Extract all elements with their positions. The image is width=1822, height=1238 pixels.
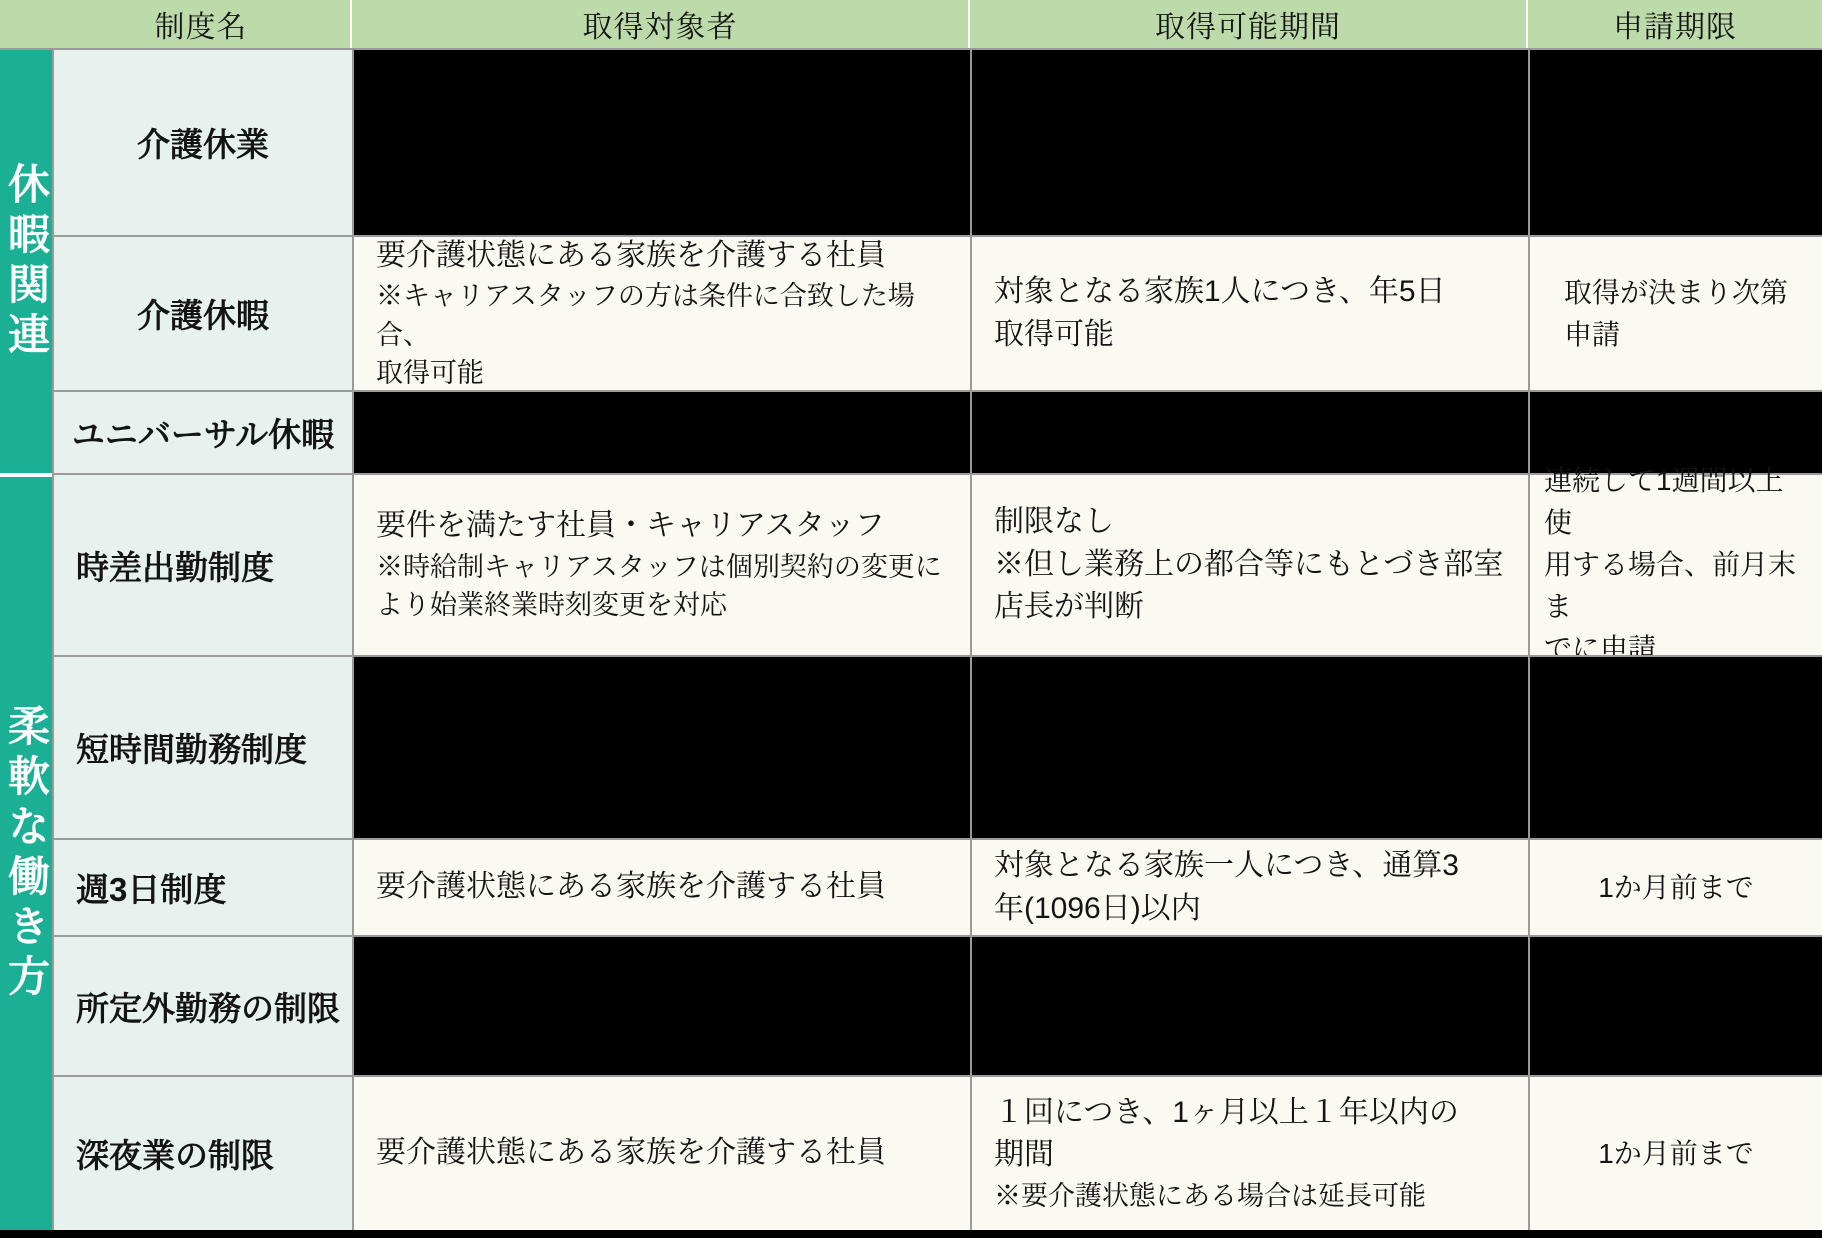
redacted-cell-deadline-kaigo-kyugyo (1528, 48, 1822, 235)
redacted-cell-deadline-tanjikan-kinmu (1528, 655, 1822, 838)
header-cell-target: 取得対象者 (352, 0, 970, 48)
period-main-text: 対象となる家族1人につき、年5日 取得可能 (994, 271, 1506, 356)
header-cell-deadline: 申請期限 (1528, 0, 1822, 48)
deadline-text: 連続して1週間以上使 用する場合、前月末ま でに申請 (1544, 460, 1808, 670)
cell-target-shu3nichi: 要介護状態にある家族を介護する社員 (352, 838, 970, 935)
row-name-shoteigai-kinmu: 所定外勤務の制限 (52, 935, 352, 1075)
category-label-flexible-work: 柔軟な働き方 (0, 704, 56, 1004)
redacted-cell-deadline-shoteigai-kinmu (1528, 935, 1822, 1075)
category-band-flexible-work: 柔軟な働き方 (0, 473, 52, 1230)
redacted-cell-target-kaigo-kyugyo (352, 48, 970, 235)
row-name-shu3nichi: 週3日制度 (52, 838, 352, 935)
cell-target-kaigo-kyuka: 要介護状態にある家族を介護する社員 ※キャリアスタッフの方は条件に合致した場合、… (352, 235, 970, 390)
row-name-tanjikan-kinmu: 短時間勤務制度 (52, 655, 352, 838)
target-note-text: ※キャリアスタッフの方は条件に合致した場合、 取得可能 (376, 277, 948, 392)
cell-deadline-shinyagyo: 1か月前まで (1528, 1075, 1822, 1230)
period-main-text: １回につき、1ヶ月以上１年以内の 期間 (994, 1092, 1506, 1177)
row-name-label: 所定外勤務の制限 (76, 983, 340, 1030)
deadline-text: 1か月前まで (1598, 867, 1754, 909)
benefits-table: 制度名 取得対象者 取得可能期間 申請期限 休暇関連 柔軟な働き方 介護休業 介… (0, 0, 1822, 1238)
redacted-cell-target-shoteigai-kinmu (352, 935, 970, 1075)
target-note-text: ※時給制キャリアスタッフは個別契約の変更に より始業終業時刻変更を対応 (376, 548, 948, 625)
row-name-label: 介護休業 (137, 119, 269, 166)
target-main-text: 要介護状態にある家族を介護する社員 (376, 235, 948, 278)
row-name-kaigo-kyugyo: 介護休業 (52, 48, 352, 235)
target-main-text: 要介護状態にある家族を介護する社員 (376, 866, 948, 909)
row-name-label: 時差出勤制度 (76, 542, 274, 589)
row-name-label: 介護休暇 (137, 290, 269, 337)
cell-target-jisa-shukkin: 要件を満たす社員・キャリアスタッフ ※時給制キャリアスタッフは個別契約の変更に … (352, 473, 970, 655)
redacted-cell-target-tanjikan-kinmu (352, 655, 970, 838)
period-note-text: ※要介護状態にある場合は延長可能 (994, 1177, 1506, 1215)
row-name-shinyagyo: 深夜業の制限 (52, 1075, 352, 1230)
cell-deadline-jisa-shukkin: 連続して1週間以上使 用する場合、前月末ま でに申請 (1528, 473, 1822, 655)
redacted-cell-period-shoteigai-kinmu (970, 935, 1528, 1075)
cell-period-shinyagyo: １回につき、1ヶ月以上１年以内の 期間 ※要介護状態にある場合は延長可能 (970, 1075, 1528, 1230)
row-name-label: 短時間勤務制度 (76, 724, 307, 771)
redacted-cell-period-tanjikan-kinmu (970, 655, 1528, 838)
header-cell-period: 取得可能期間 (970, 0, 1528, 48)
cell-deadline-kaigo-kyuka: 取得が決まり次第 申請 (1528, 235, 1822, 390)
row-name-jisa-shukkin: 時差出勤制度 (52, 473, 352, 655)
cell-deadline-shu3nichi: 1か月前まで (1528, 838, 1822, 935)
period-note-text: ※但し業務上の都合等にもとづき部室 店長が判断 (994, 544, 1506, 629)
category-band-leave: 休暇関連 (0, 48, 52, 473)
row-name-label: 週3日制度 (76, 864, 226, 911)
header-label-period: 取得可能期間 (1155, 2, 1341, 46)
cell-period-kaigo-kyuka: 対象となる家族1人につき、年5日 取得可能 (970, 235, 1528, 390)
cell-target-shinyagyo: 要介護状態にある家族を介護する社員 (352, 1075, 970, 1230)
row-name-label: 深夜業の制限 (76, 1130, 274, 1177)
redacted-cell-period-kaigo-kyugyo (970, 48, 1528, 235)
row-name-label: ユニバーサル休暇 (72, 409, 334, 456)
header-label-name: 制度名 (155, 2, 248, 46)
target-main-text: 要介護状態にある家族を介護する社員 (376, 1132, 948, 1175)
period-main-text: 対象となる家族一人につき、通算3 年(1096日)以内 (994, 845, 1506, 930)
category-label-leave: 休暇関連 (0, 162, 56, 362)
header-label-deadline: 申請期限 (1613, 2, 1737, 46)
redacted-cell-target-universal-kyuka (352, 390, 970, 473)
deadline-text: 1か月前まで (1598, 1133, 1754, 1175)
redacted-cell-period-universal-kyuka (970, 390, 1528, 473)
cell-period-shu3nichi: 対象となる家族一人につき、通算3 年(1096日)以内 (970, 838, 1528, 935)
target-main-text: 要件を満たす社員・キャリアスタッフ (376, 505, 948, 548)
header-cell-name: 制度名 (0, 0, 352, 48)
row-name-universal-kyuka: ユニバーサル休暇 (52, 390, 352, 473)
row-name-kaigo-kyuka: 介護休暇 (52, 235, 352, 390)
header-label-target: 取得対象者 (583, 2, 738, 46)
cell-period-jisa-shukkin: 制限なし ※但し業務上の都合等にもとづき部室 店長が判断 (970, 473, 1528, 655)
period-main-text: 制限なし (994, 501, 1506, 544)
deadline-text: 取得が決まり次第 申請 (1564, 272, 1788, 356)
